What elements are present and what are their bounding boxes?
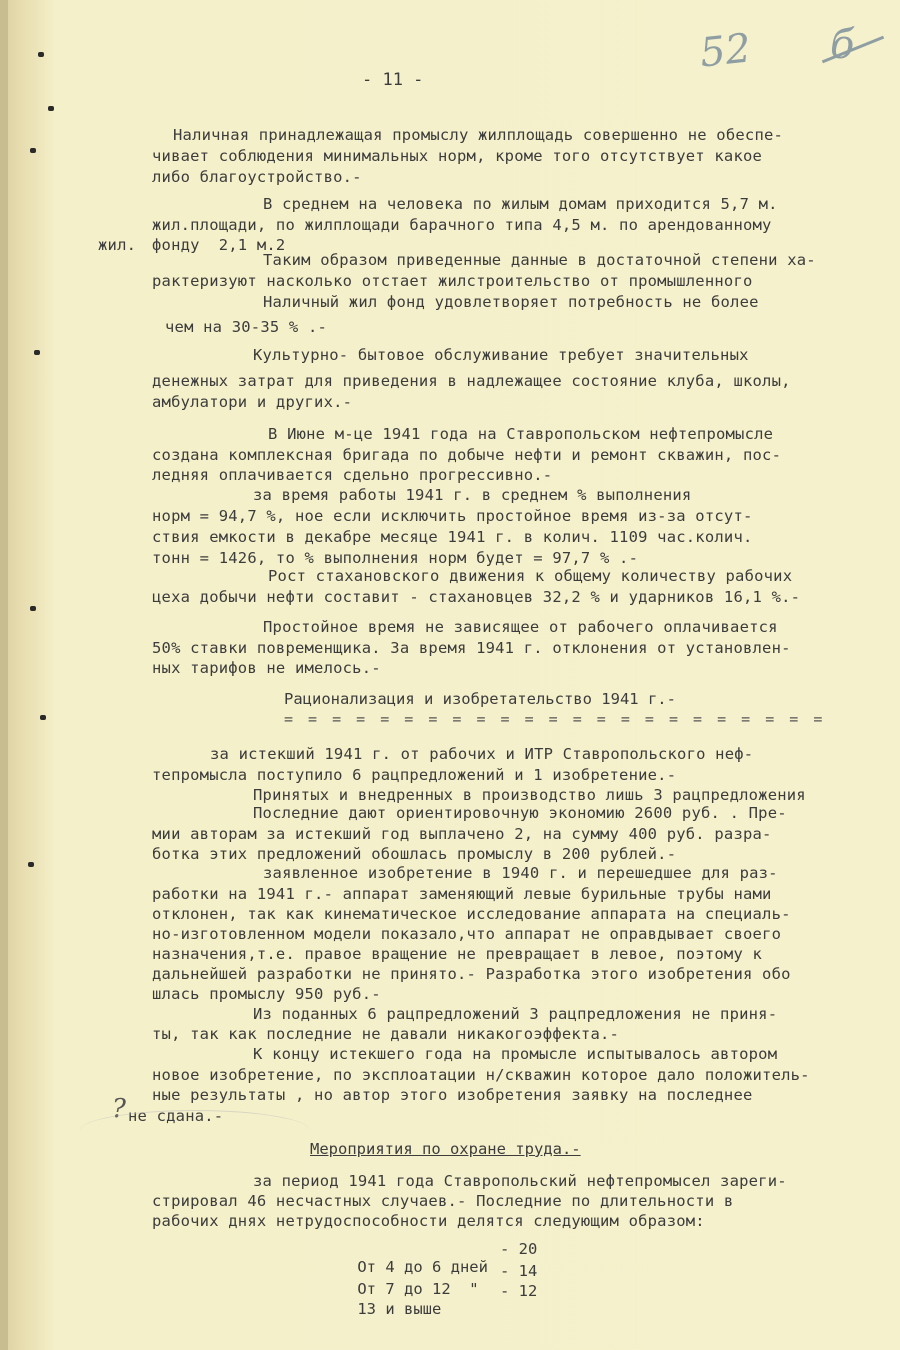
text-line: Принятых и внедренных в производство лиш… (253, 786, 806, 804)
punch-mark (48, 106, 54, 111)
page-number: - 11 - (362, 70, 423, 90)
punch-mark (30, 606, 36, 611)
text-line: тепромысла поступило 6 рацпредложений и … (152, 766, 676, 784)
binding-edge (0, 0, 8, 1350)
archive-folio-number: 52 (698, 25, 753, 76)
text-line: рабочих днях нетрудоспособности делятся … (152, 1212, 705, 1230)
text-line: заявленное изобретение в 1940 г. и переш… (263, 864, 778, 882)
text-line: создана комплексная бригада по добыче не… (152, 446, 781, 464)
text-line: К концу истекшего года на промысле испыт… (253, 1045, 777, 1063)
text-line: новое изобретение, по эксплоатации н/скв… (152, 1066, 810, 1084)
text-line: за период 1941 года Ставропольский нефте… (253, 1172, 787, 1190)
text-line: ботка этих предложений обошлась промыслу… (152, 845, 676, 863)
text-line: но-изготовленном модели показало,что апп… (152, 925, 781, 943)
text-line: ты, так как последние не давали никакого… (152, 1025, 619, 1043)
text-line: рактеризуют насколько отстает жилстроите… (152, 272, 753, 290)
text-line: чивает соблюдения минимальных норм, кром… (152, 147, 762, 165)
text-line: жил.площади, по жилплощади барачного тип… (152, 216, 772, 234)
text-line: дальнейшей разработки не принято.- Разра… (152, 965, 791, 983)
text-line: ные результаты , но автор этого изобрете… (152, 1086, 753, 1104)
heading-underline: = = = = = = = = = = = = = = = = = = = = … (284, 710, 825, 728)
text-line: работки на 1941 г.- аппарат заменяющий л… (152, 885, 772, 903)
accident-count: - 14 (500, 1262, 537, 1280)
text-line: Простойное время не зависящее от рабочег… (263, 618, 778, 636)
text-line: за истекший 1941 г. от рабочих и ИТР Ста… (210, 745, 753, 763)
accident-row: 13 и выше (320, 1282, 441, 1336)
text-line: Наличный жил фонд удовлетворяет потребно… (263, 293, 759, 311)
text-line: назначения,т.е. правое вращение не превр… (152, 945, 762, 963)
text-line: Из поданных 6 рацпредложений 3 рацпредло… (253, 1005, 777, 1023)
text-line: В Июне м-це 1941 года на Ставропольском … (268, 425, 773, 443)
pencil-arc-mark (80, 1110, 310, 1151)
text-line: цеха добычи нефти составит - стахановцев… (152, 588, 800, 606)
text-line: ледняя оплачивается сдельно прогрессивно… (152, 466, 552, 484)
punch-mark (30, 148, 36, 153)
section-heading-rationalization: Рационализация и изобретательство 1941 г… (284, 690, 676, 708)
text-line: 50% ставки повременщика. За время 1941 г… (152, 639, 791, 657)
text-line: Культурно- бытовое обслуживание требует … (253, 346, 749, 364)
accident-range: 13 и выше (357, 1300, 441, 1318)
text-line: норм = 94,7 %, ное если исключить просто… (152, 507, 753, 525)
section-heading-labor-protection: Мероприятия по охране труда.- (310, 1140, 581, 1158)
text-line: мии авторам за истекший год выплачено 2,… (152, 825, 772, 843)
text-line: чем на 30-35 % .- (165, 318, 327, 336)
text-line: В среднем на человека по жилым домам при… (263, 195, 778, 213)
punch-mark (38, 52, 44, 57)
text-line: Последние дают ориентировочную экономию … (253, 804, 787, 822)
text-line: ных тарифов не имелось.- (152, 659, 381, 677)
text-line: Рост стахановского движения к общему кол… (268, 567, 792, 585)
document-page: - 11 - 52 б Наличная принадлежащая промы… (0, 0, 900, 1350)
accident-count: - 20 (500, 1240, 537, 1258)
text-line: отклонен, так как кинематическое исследо… (152, 905, 791, 923)
punch-mark (34, 350, 40, 355)
text-line: Таким образом приведенные данные в доста… (263, 251, 816, 269)
archive-folio-letter: б (830, 22, 854, 68)
accident-count: - 12 (500, 1282, 537, 1300)
text-line: Наличная принадлежащая промыслу жилплоща… (173, 126, 783, 144)
text-line: ствия емкости в декабре месяце 1941 г. в… (152, 528, 753, 546)
punch-mark (40, 715, 46, 720)
text-line: за время работы 1941 г. в среднем % выпо… (253, 486, 691, 504)
text-line: либо благоустройство.- (152, 168, 362, 186)
text-line: амбулатори и других.- (152, 393, 352, 411)
text-line: денежных затрат для приведения в надлежа… (152, 372, 791, 390)
text-line: шлась промыслу 950 руб.- (152, 985, 381, 1003)
text-line: стрировал 46 несчастных случаев.- Послед… (152, 1192, 733, 1210)
punch-mark (28, 862, 34, 867)
margin-note: жил. (98, 236, 136, 254)
text-line: тонн = 1426, то % выполнения норм будет … (152, 549, 638, 567)
